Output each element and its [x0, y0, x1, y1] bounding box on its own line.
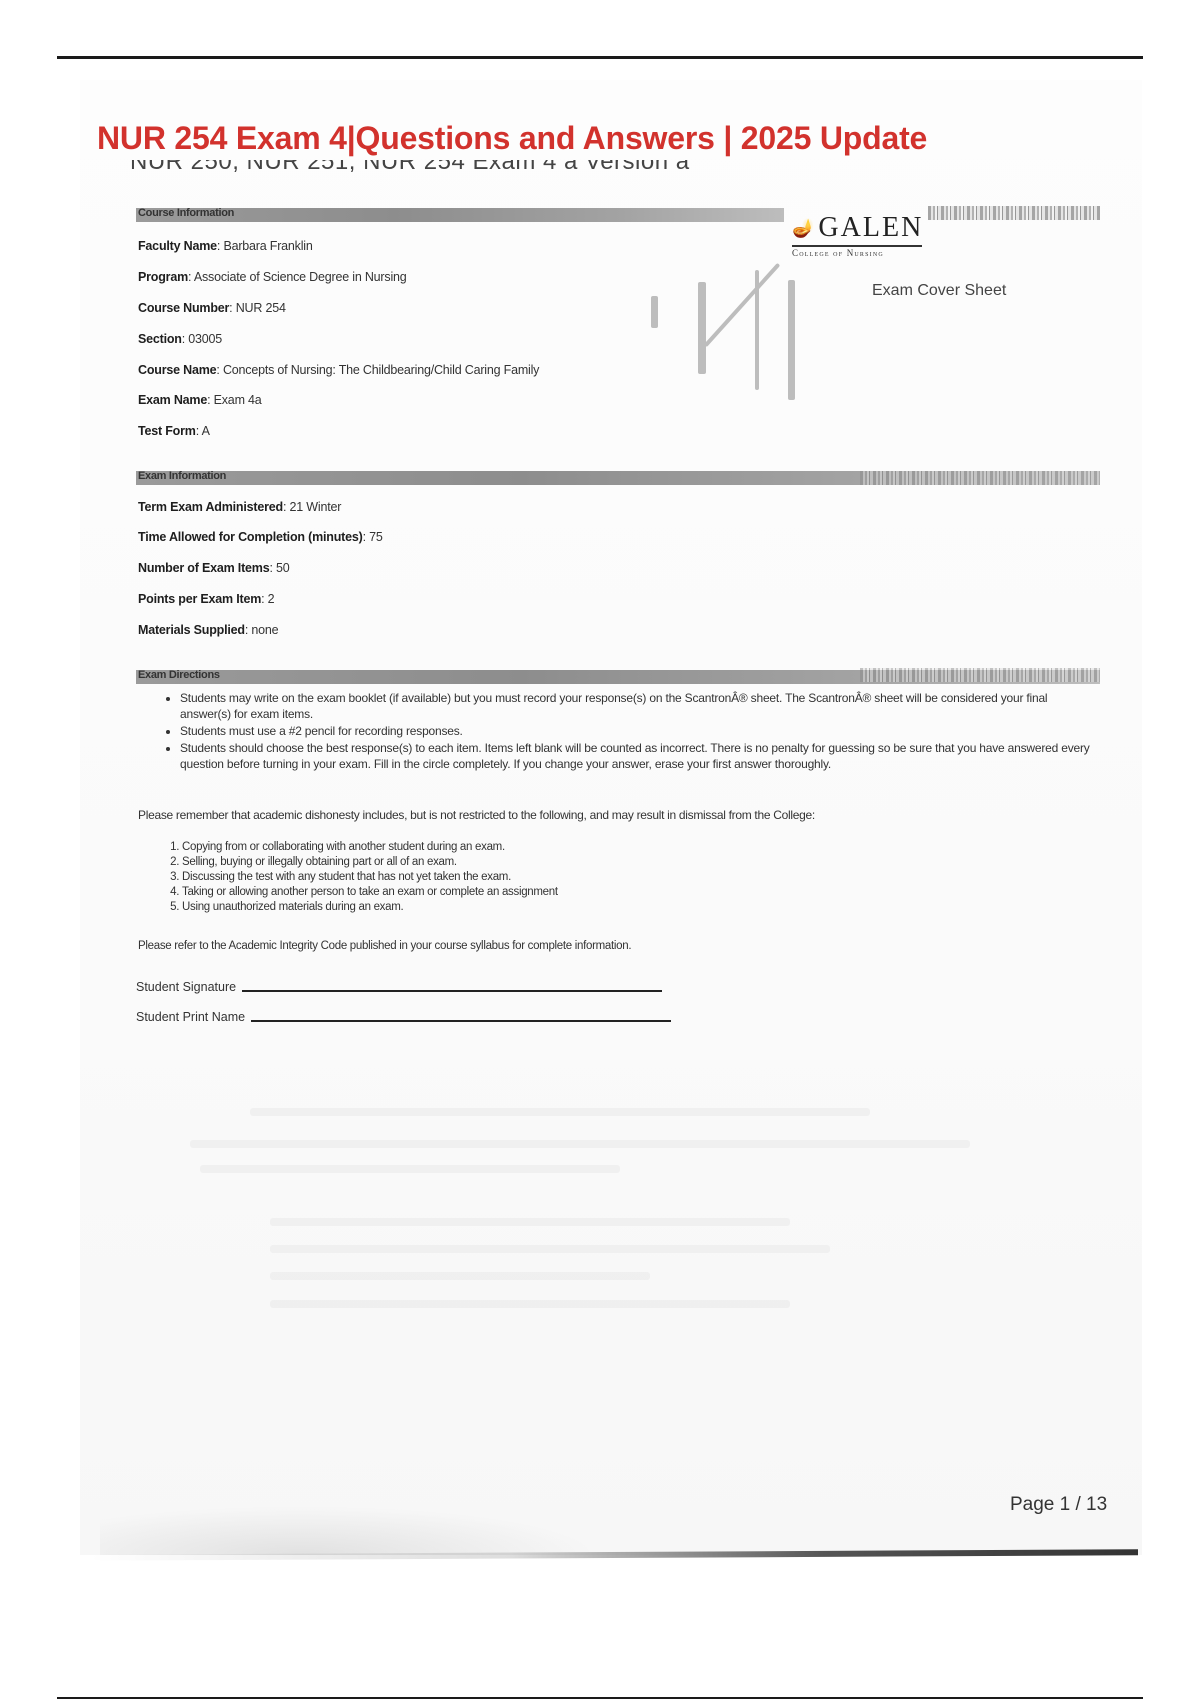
dishonesty-list: Copying from or collaborating with anoth… [162, 840, 558, 915]
pen-mark [788, 280, 795, 400]
scan-shadow [100, 1505, 600, 1555]
bleed-through [270, 1245, 830, 1253]
lamp-icon: 🪔 [792, 218, 816, 239]
bleed-through [270, 1218, 790, 1226]
section-field: Section: 03005 [138, 332, 222, 346]
test-form-field: Test Form: A [138, 424, 210, 438]
bleed-through [190, 1140, 970, 1148]
program-field: Program: Associate of Science Degree in … [138, 270, 407, 284]
exam-name-field: Exam Name: Exam 4a [138, 393, 262, 407]
dishonesty-item: Copying from or collaborating with anoth… [182, 840, 558, 855]
bottom-divider [57, 1697, 1143, 1699]
document-title: NUR 254 Exam 4|Questions and Answers | 2… [97, 120, 927, 157]
faculty-name-field: Faculty Name: Barbara Franklin [138, 239, 313, 253]
barcode [860, 668, 1100, 682]
pen-mark [651, 296, 658, 328]
course-name-field: Course Name: Concepts of Nursing: The Ch… [138, 363, 539, 377]
bleed-through [270, 1300, 790, 1308]
directions-list: Students may write on the exam booklet (… [168, 690, 1100, 773]
scan-subtitle: NUR 250, NUR 251, NUR 254 Exam 4 a Versi… [130, 160, 730, 174]
term-field: Term Exam Administered: 21 Winter [138, 500, 341, 514]
bleed-through [270, 1272, 650, 1280]
pen-mark [698, 282, 706, 374]
dishonesty-item: Taking or allowing another person to tak… [182, 885, 558, 900]
materials-field: Materials Supplied: none [138, 623, 278, 637]
dishonesty-intro: Please remember that academic dishonesty… [138, 808, 815, 822]
student-print-name-row: Student Print Name [136, 1010, 671, 1024]
print-name-line[interactable] [251, 1020, 671, 1022]
page-number: Page 1 / 13 [1010, 1494, 1114, 1516]
barcode [860, 471, 1100, 485]
print-name-label: Student Print Name [136, 1010, 245, 1024]
top-divider [57, 56, 1143, 59]
cover-sheet-label: Exam Cover Sheet [872, 282, 1006, 300]
bleed-through [200, 1165, 620, 1173]
course-number-field: Course Number: NUR 254 [138, 301, 286, 315]
signature-line[interactable] [242, 990, 662, 992]
dishonesty-item: Discussing the test with any student tha… [182, 870, 558, 885]
direction-item: Students must use a #2 pencil for record… [180, 723, 1100, 739]
integrity-note: Please refer to the Academic Integrity C… [138, 940, 631, 952]
barcode [928, 206, 1100, 220]
signature-label: Student Signature [136, 980, 236, 994]
direction-item: Students should choose the best response… [180, 740, 1100, 772]
dishonesty-item: Selling, buying or illegally obtaining p… [182, 855, 558, 870]
exam-items-field: Number of Exam Items: 50 [138, 561, 290, 575]
galen-logo: 🪔GALEN College of Nursing [792, 212, 922, 258]
time-allowed-field: Time Allowed for Completion (minutes): 7… [138, 530, 383, 544]
dishonesty-item: Using unauthorized materials during an e… [182, 900, 558, 915]
direction-item: Students may write on the exam booklet (… [180, 690, 1100, 722]
student-signature-row: Student Signature [136, 980, 662, 994]
points-per-item-field: Points per Exam Item: 2 [138, 592, 274, 606]
course-information-header: Course Information [136, 208, 784, 222]
bleed-through [250, 1108, 870, 1116]
